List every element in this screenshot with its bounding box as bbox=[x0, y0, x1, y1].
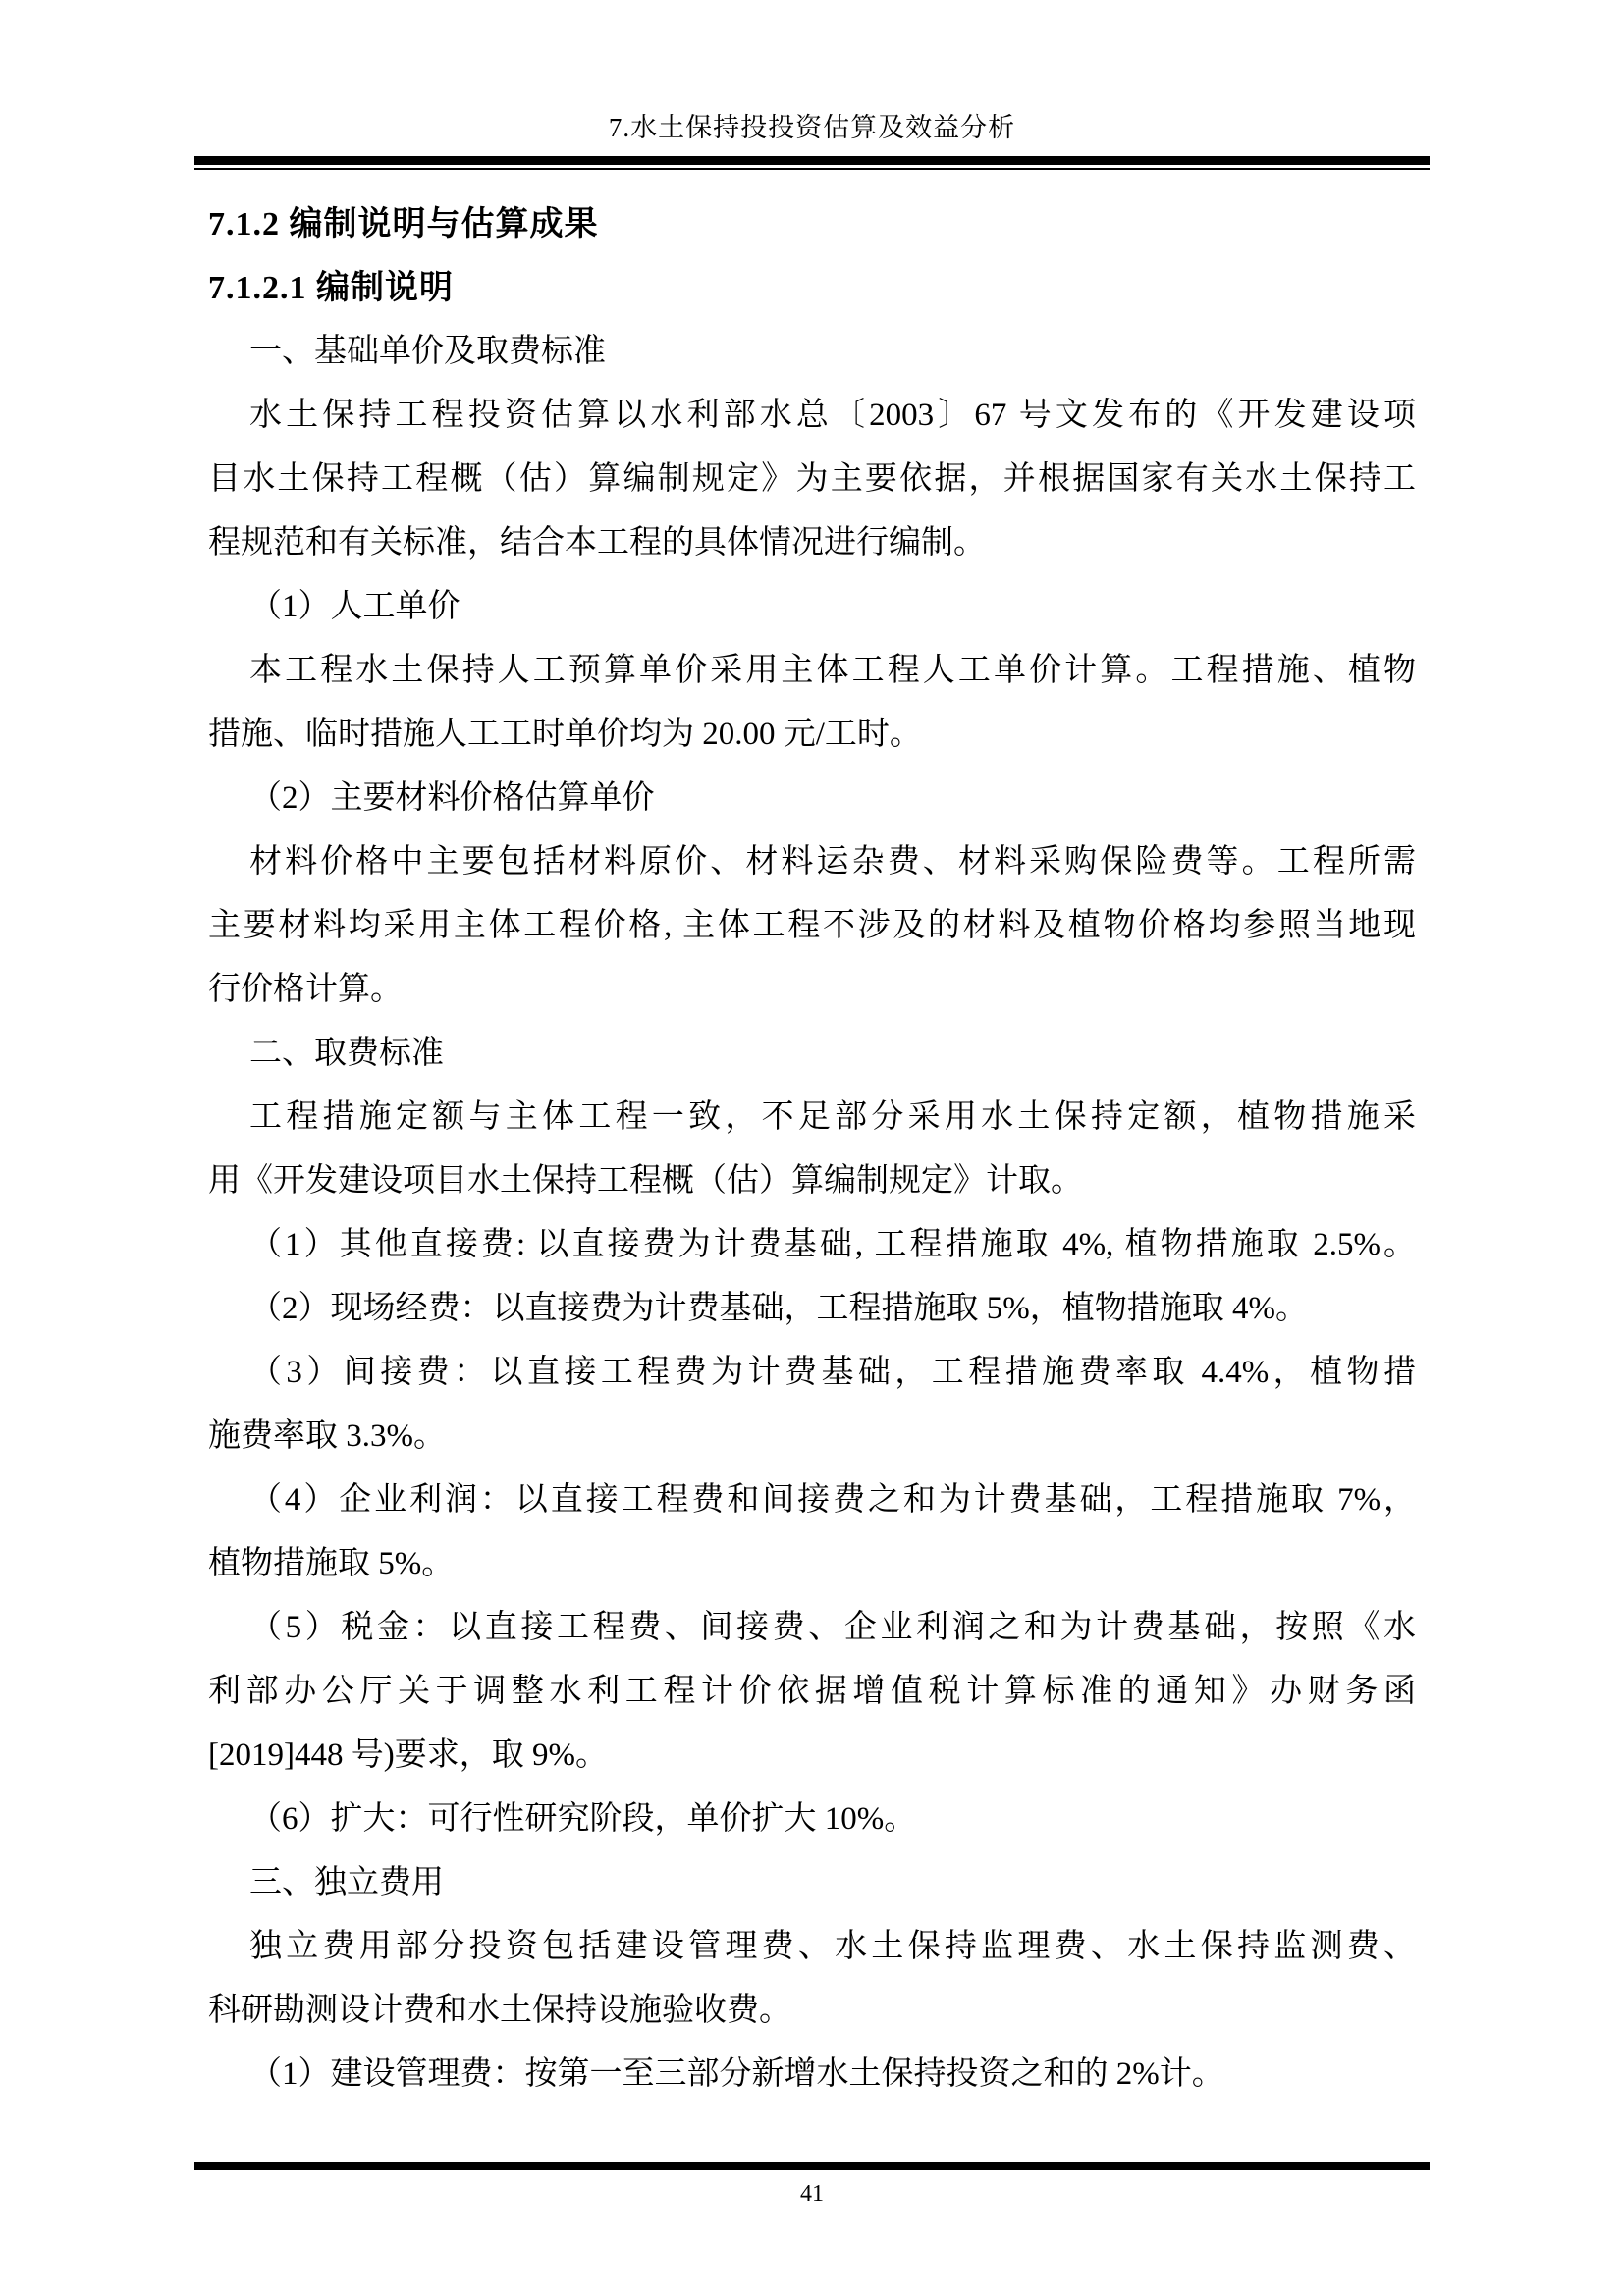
list-item-line: 二、取费标准 bbox=[208, 1022, 1416, 1086]
paragraph-line: （4）企业利润：以直接工程费和间接费之和为计费基础，工程措施取 7%， bbox=[208, 1468, 1416, 1532]
list-item-line: （2）主要材料价格估算单价 bbox=[208, 767, 1416, 830]
paragraph-line: 水土保持工程投资估算以水利部水总〔2003〕67 号文发布的《开发建设项 bbox=[208, 384, 1416, 448]
paragraph-line: （1）建设管理费：按第一至三部分新增水土保持投资之和的 2%计。 bbox=[208, 2043, 1416, 2107]
footer-rule bbox=[194, 2162, 1430, 2170]
paragraph-line: 利部办公厅关于调整水利工程计价依据增值税计算标准的通知》办财务函 bbox=[208, 1660, 1416, 1724]
paragraph-line: （1）其他直接费: 以直接费为计费基础, 工程措施取 4%, 植物措施取 2.5… bbox=[208, 1213, 1416, 1277]
list-item-line: 一、基础单价及取费标准 bbox=[208, 320, 1416, 384]
paragraph-line: 行价格计算。 bbox=[208, 958, 1416, 1022]
paragraph-line: 程规范和有关标准，结合本工程的具体情况进行编制。 bbox=[208, 511, 1416, 575]
paragraph-line: 独立费用部分投资包括建设管理费、水土保持监理费、水土保持监测费、 bbox=[208, 1915, 1416, 1979]
paragraph-line: 目水土保持工程概（估）算编制规定》为主要依据，并根据国家有关水土保持工 bbox=[208, 448, 1416, 511]
paragraph-line: （3）间接费：以直接工程费为计费基础，工程措施费率取 4.4%，植物措 bbox=[208, 1341, 1416, 1405]
list-item-line: 三、独立费用 bbox=[208, 1851, 1416, 1915]
paragraph-line: 施费率取 3.3%。 bbox=[208, 1405, 1416, 1468]
paragraph-line: 植物措施取 5%。 bbox=[208, 1532, 1416, 1596]
paragraph-line: [2019]448 号)要求，取 9%。 bbox=[208, 1724, 1416, 1788]
paragraph-line: 措施、临时措施人工工时单价均为 20.00 元/工时。 bbox=[208, 703, 1416, 767]
page-header-title: 7.水土保持投投资估算及效益分析 bbox=[0, 108, 1624, 147]
header-rule bbox=[194, 156, 1430, 170]
paragraph-line: （2）现场经费：以直接费为计费基础，工程措施取 5%，植物措施取 4%。 bbox=[208, 1277, 1416, 1341]
list-item-line: （1）人工单价 bbox=[208, 575, 1416, 639]
paragraph-line: 本工程水土保持人工预算单价采用主体工程人工单价计算。工程措施、植物 bbox=[208, 639, 1416, 703]
document-body: 7.1.2 编制说明与估算成果 7.1.2.1 编制说明 一、基础单价及取费标准… bbox=[208, 192, 1416, 2107]
paragraph-line: （5）税金：以直接工程费、间接费、企业利润之和为计费基础，按照《水 bbox=[208, 1596, 1416, 1660]
paragraph-line: 用《开发建设项目水土保持工程概（估）算编制规定》计取。 bbox=[208, 1149, 1416, 1213]
paragraph-line: 材料价格中主要包括材料原价、材料运杂费、材料采购保险费等。工程所需 bbox=[208, 830, 1416, 894]
paragraph-line: 主要材料均采用主体工程价格, 主体工程不涉及的材料及植物价格均参照当地现 bbox=[208, 894, 1416, 958]
section-heading-7-1-2: 7.1.2 编制说明与估算成果 bbox=[208, 192, 1416, 256]
paragraph-line: 工程措施定额与主体工程一致，不足部分采用水土保持定额，植物措施采 bbox=[208, 1086, 1416, 1149]
paragraph-line: 科研勘测设计费和水土保持设施验收费。 bbox=[208, 1979, 1416, 2043]
subsection-heading-7-1-2-1: 7.1.2.1 编制说明 bbox=[208, 256, 1416, 320]
paragraph-line: （6）扩大：可行性研究阶段，单价扩大 10%。 bbox=[208, 1788, 1416, 1851]
document-page: 7.水土保持投投资估算及效益分析 7.1.2 编制说明与估算成果 7.1.2.1… bbox=[0, 0, 1624, 2296]
page-number: 41 bbox=[0, 2177, 1624, 2211]
